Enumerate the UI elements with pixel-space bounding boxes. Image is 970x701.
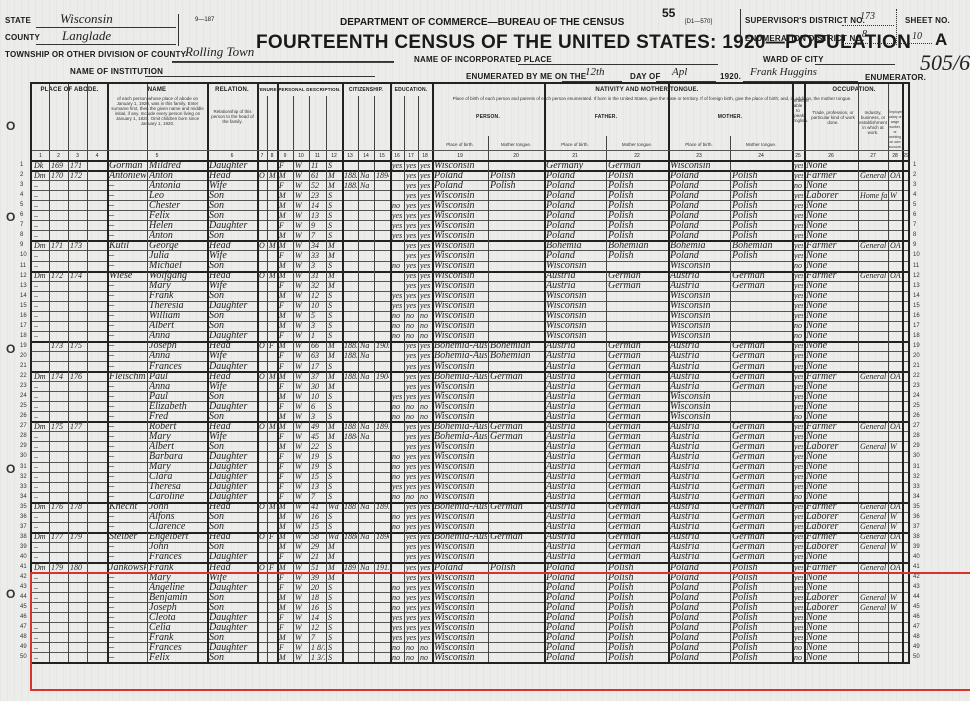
line-number: 11 (20, 263, 26, 269)
county-value: Langlade (62, 28, 111, 44)
mother-tongue-cell: Bohemian (490, 350, 543, 361)
naturalized-cell: Na (360, 531, 373, 542)
line-number-right: 38 (913, 534, 920, 540)
industry-cell: General farm (860, 270, 887, 281)
line-number: 34 (20, 494, 27, 500)
school-cell: no (392, 491, 403, 502)
person-birthplace-heading: Place of birth. (432, 142, 488, 147)
home-owned-cell: O (259, 340, 266, 351)
line-number: 2 (20, 172, 23, 178)
subgroup-mother: MOTHER. (668, 114, 792, 120)
line-number: 42 (20, 574, 27, 580)
naturalized-cell: Na (360, 431, 373, 442)
line-number: 19 (20, 343, 27, 349)
home-owned-cell: O (259, 240, 266, 251)
line-number: 44 (20, 594, 27, 600)
margin-hole-mark: O (6, 119, 15, 133)
column-number: 10 (293, 153, 309, 159)
header-divider (32, 160, 908, 162)
employer-class-cell: W (890, 541, 901, 552)
column-number: 12 (326, 153, 342, 159)
line-number: 43 (20, 584, 27, 590)
naturalized-cell: Na (360, 371, 373, 382)
immigration-year-cell: 1884 (344, 431, 357, 442)
immigration-year-cell: 1883 (344, 180, 357, 191)
column-number: 24 (730, 153, 792, 159)
margin-hole-mark: O (6, 342, 15, 356)
dwelling-number-cell: 170 (51, 170, 67, 181)
line-number: 41 (20, 564, 27, 570)
line-number: 40 (20, 554, 27, 560)
home-owned-cell: O (259, 562, 266, 573)
mother-tongue-cell: Polish (490, 180, 543, 191)
name-instructions: of each person whose place of abode on J… (110, 96, 205, 126)
column-number: 7 (257, 153, 267, 159)
mother-tongue-cell: German (490, 531, 543, 542)
line-number-right: 26 (913, 413, 920, 419)
column-number: 4 (87, 153, 107, 159)
line-number: 29 (20, 443, 27, 449)
line-number-right: 9 (913, 242, 916, 248)
dwelling-number-cell: 171 (51, 240, 67, 251)
naturalization-year-cell: 1905 (376, 340, 389, 351)
line-number-right: 30 (913, 453, 920, 459)
column-number: 22 (606, 153, 668, 159)
header-divider (32, 150, 908, 151)
dwelling-number-cell: 175 (51, 421, 67, 432)
column-number: 26 (804, 153, 858, 159)
mortgage-cell: M (269, 371, 276, 382)
enumerated-day: 12th (585, 66, 605, 78)
state-value: Wisconsin (60, 11, 113, 27)
enumerated-month: Apl (672, 66, 687, 78)
line-number-right: 37 (913, 524, 920, 530)
line-number-right: 39 (913, 544, 920, 550)
group-personal-description: PERSONAL DESCRIPTION. (277, 87, 342, 92)
line-number-right: 41 (913, 564, 920, 570)
naturalization-year-cell: 1896 (376, 531, 389, 542)
line-number-right: 18 (913, 333, 920, 339)
line-number-right: 6 (913, 212, 916, 218)
employer-class-cell: W (890, 441, 901, 452)
line-number-right: 29 (913, 443, 920, 449)
naturalization-year-cell: 1893 (376, 421, 389, 432)
mother-tongue-heading: Mother tongue. (730, 142, 792, 147)
line-number-right: 10 (913, 252, 920, 258)
line-number-right: 2 (913, 172, 916, 178)
line-number-right: 4 (913, 192, 916, 198)
group-place-of-abode: PLACE OF ABODE. (32, 87, 107, 93)
line-number-right: 15 (913, 303, 920, 309)
immigration-year-cell: 1883 (344, 371, 357, 382)
immigration-year-cell: 1881 (344, 501, 357, 512)
home-owned-cell: O (259, 270, 266, 281)
column-number: 21 (544, 153, 606, 159)
sheet-label: SHEET NO. (905, 16, 950, 25)
line-number-right: 23 (913, 383, 920, 389)
column-number: 18 (418, 153, 432, 159)
family-number-cell: 173 (70, 240, 86, 251)
dwelling-number-cell: 173 (51, 340, 67, 351)
line-number: 5 (20, 202, 23, 208)
father-tongue-cell: Polish (608, 250, 667, 261)
line-number: 49 (20, 644, 27, 650)
dwelling-number-cell: 176 (51, 501, 67, 512)
column-number: 25 (792, 153, 804, 159)
line-number-right: 24 (913, 393, 920, 399)
industry-cell: Home farm (860, 190, 887, 201)
dwelling-number-cell: 174 (51, 371, 67, 382)
home-owned-cell: O (259, 421, 266, 432)
mortgage-cell: M (269, 421, 276, 432)
industry-cell: General farm (860, 541, 887, 552)
line-number: 37 (20, 524, 27, 530)
line-number: 3 (20, 182, 23, 188)
column-number: 14 (358, 153, 374, 159)
father-birthplace-heading: Place of birth. (544, 142, 606, 147)
line-number: 8 (20, 232, 23, 238)
mother-tongue-cell: German (490, 431, 543, 442)
occupation-industry-heading: Industry, business, or establishment in … (858, 110, 888, 135)
column-number: 16 (390, 153, 404, 159)
industry-cell: General farm (860, 240, 887, 251)
line-number: 9 (20, 242, 23, 248)
column-number: 19 (432, 153, 488, 159)
school-cell: no (392, 260, 403, 271)
employer-class-cell: OA (890, 170, 901, 181)
column-number: 27 (858, 153, 888, 159)
line-number: 26 (20, 413, 27, 419)
enumerator-name: Frank Huggins (750, 66, 817, 78)
highlight-box (30, 572, 970, 691)
column-number: 13 (342, 153, 358, 159)
dwelling-number-cell: 172 (51, 270, 67, 281)
line-number: 13 (20, 283, 27, 289)
column-number: 3 (68, 153, 87, 159)
naturalized-cell: Na (360, 180, 373, 191)
line-number-right: 3 (913, 182, 916, 188)
employer-class-cell: W (890, 190, 901, 201)
line-number-right: 17 (913, 323, 920, 329)
subgroup-father: FATHER. (544, 114, 668, 120)
line-number-right: 14 (913, 293, 920, 299)
line-number-right: 13 (913, 283, 920, 289)
line-number-right: 20 (913, 353, 920, 359)
line-number-right: 28 (913, 433, 920, 439)
sheet-side: A (935, 30, 947, 50)
mortgage-cell: F (269, 562, 276, 573)
column-number: 1 (32, 153, 49, 159)
line-number: 46 (20, 614, 27, 620)
group-education: EDUCATION. (390, 87, 432, 93)
line-number-right: 40 (913, 554, 920, 560)
family-number-cell: 174 (70, 270, 86, 281)
line-number-right: 11 (913, 263, 919, 269)
family-number-cell: 172 (70, 170, 86, 181)
enumeration-district-value: 8 (862, 29, 867, 40)
family-number-cell: 180 (70, 562, 86, 573)
line-number: 4 (20, 192, 23, 198)
supervisor-value: 173 (860, 11, 875, 22)
industry-cell: General farm (860, 562, 887, 573)
line-number-right: 21 (913, 363, 920, 369)
township-value: Rolling Town (185, 44, 254, 60)
line-number: 45 (20, 604, 27, 610)
occupation-trade-heading: Trade, profession, or particular kind of… (808, 110, 858, 125)
line-number: 23 (20, 383, 27, 389)
employer-class-cell: OA (890, 371, 901, 382)
industry-cell: General farm (860, 421, 887, 432)
mortgage-cell: F (269, 340, 276, 351)
line-number: 31 (20, 464, 27, 470)
year-label: 1920. (720, 72, 741, 81)
line-number: 36 (20, 514, 27, 520)
sheet-value: 10 (912, 31, 922, 42)
line-number: 16 (20, 313, 27, 319)
line-number: 6 (20, 212, 23, 218)
line-number: 48 (20, 634, 27, 640)
line-number: 1 (20, 162, 23, 168)
family-number-cell: 179 (70, 531, 86, 542)
line-number-right: 33 (913, 484, 920, 490)
mother-tongue-mother-cell: German (732, 381, 791, 392)
line-number-right: 8 (913, 232, 916, 238)
school-cell: no (392, 521, 403, 532)
column-number: 20 (488, 153, 544, 159)
employer-class-cell: OA (890, 421, 901, 432)
immigration-year-cell: 1880 (344, 531, 357, 542)
column-number: 9 (277, 153, 293, 159)
column-number: 11 (309, 153, 326, 159)
form-code-right: [D1—570] (685, 19, 712, 25)
column-number: 5 (107, 153, 207, 159)
industry-cell: General farm (860, 441, 887, 452)
line-number-right: 31 (913, 464, 920, 470)
relation-instructions: Relationship of this person to the head … (210, 109, 255, 124)
naturalized-cell: Na (360, 350, 373, 361)
line-number-right: 16 (913, 313, 920, 319)
line-number-right: 19 (913, 343, 920, 349)
industry-cell: General farm (860, 371, 887, 382)
school-cell: yes (392, 230, 403, 241)
school-cell: no (392, 411, 403, 422)
column-number: 28 (888, 153, 902, 159)
naturalization-year-cell: 1894 (376, 170, 389, 181)
mother-tongue-cell: German (490, 501, 543, 512)
dwelling-number-cell: 179 (51, 562, 67, 573)
line-number-right: 25 (913, 403, 920, 409)
township-label: TOWNSHIP OR OTHER DIVISION OF COUNTY (5, 50, 186, 59)
group-citizenship: CITIZENSHIP. (342, 87, 390, 93)
column-number: 23 (668, 153, 730, 159)
mother-tongue-mother-cell: German (732, 280, 791, 291)
line-number: 24 (20, 393, 27, 399)
family-number-cell: 177 (70, 421, 86, 432)
department-heading: DEPARTMENT OF COMMERCE—BUREAU OF THE CEN… (340, 17, 624, 28)
census-sheet: STATE Wisconsin COUNTY Langlade TOWNSHIP… (0, 0, 970, 701)
line-number: 50 (20, 654, 27, 660)
line-number: 47 (20, 624, 27, 630)
group-nativity: NATIVITY AND MOTHER TONGUE. (432, 87, 862, 93)
margin-hole-mark: O (6, 462, 15, 476)
line-number: 21 (20, 363, 27, 369)
family-number-cell: 178 (70, 501, 86, 512)
line-number: 30 (20, 453, 27, 459)
line-number-right: 34 (913, 494, 920, 500)
line-number-right: 35 (913, 504, 920, 510)
line-number-right: 5 (913, 202, 916, 208)
page-number: 55 (662, 6, 675, 20)
family-number-cell: 175 (70, 340, 86, 351)
group-tenure: TENURE. (257, 87, 277, 92)
father-tongue-heading: Mother tongue. (606, 142, 668, 147)
line-number: 14 (20, 293, 27, 299)
home-owned-cell: O (259, 531, 266, 542)
naturalization-year-cell: 1904 (376, 371, 389, 382)
mother-birthplace-heading: Place of birth. (668, 142, 730, 147)
employer-class-cell: OA (890, 240, 901, 251)
group-relation: RELATION. (207, 87, 257, 93)
line-number-right: 12 (913, 273, 920, 279)
line-number-right: 7 (913, 222, 916, 228)
line-number: 10 (20, 252, 27, 258)
home-owned-cell: O (259, 170, 266, 181)
home-owned-cell: O (259, 501, 266, 512)
county-label: COUNTY (5, 33, 40, 42)
line-number: 20 (20, 353, 27, 359)
enumerator-label: ENUMERATOR. (865, 73, 926, 82)
line-number: 17 (20, 323, 27, 329)
naturalized-cell: Na (360, 562, 373, 573)
line-number: 15 (20, 303, 27, 309)
line-number-right: 32 (913, 474, 920, 480)
naturalization-year-cell: 1893 (376, 501, 389, 512)
dwelling-number-cell: 177 (51, 531, 67, 542)
employer-class-cell: OA (890, 562, 901, 573)
mother-tongue-cell: German (490, 371, 543, 382)
column-number: 29 (902, 153, 910, 159)
line-number: 18 (20, 333, 27, 339)
mortgage-cell: M (269, 170, 276, 181)
state-label: STATE (5, 16, 31, 25)
employer-class-cell: OA (890, 270, 901, 281)
mortgage-cell: F (269, 531, 276, 542)
immigration-year-cell: 1883 (344, 350, 357, 361)
person-tongue-heading: Mother tongue. (488, 142, 544, 147)
margin-hole-mark: O (6, 587, 15, 601)
mortgage-cell: M (269, 501, 276, 512)
mother-tongue-mother-cell: Polish (732, 250, 791, 261)
line-number: 25 (20, 403, 27, 409)
group-occupation: OCCUPATION. (804, 87, 904, 93)
street-cell: – (34, 330, 48, 341)
occupation-employer-heading: Employer, salary or wage worker, or work… (888, 110, 902, 150)
line-number: 22 (20, 373, 27, 379)
mother-tongue-cell: Polish (490, 562, 543, 573)
column-number: 8 (267, 153, 277, 159)
margin-reference: 505/661 (920, 50, 970, 76)
column-number: 6 (207, 153, 257, 159)
group-name: NAME (107, 87, 207, 93)
line-number: 12 (20, 273, 27, 279)
family-number-cell: 176 (70, 371, 86, 382)
form-code-left: 9—187 (195, 17, 214, 23)
naturalized-cell: Na (360, 501, 373, 512)
father-tongue-cell: German (608, 280, 667, 291)
line-number-right: 27 (913, 423, 920, 429)
school-cell: no (392, 330, 403, 341)
line-number: 7 (20, 222, 23, 228)
naturalization-year-cell: 1913 (376, 562, 389, 573)
line-number: 33 (20, 484, 27, 490)
line-number: 32 (20, 474, 27, 480)
line-number: 35 (20, 504, 27, 510)
line-number: 38 (20, 534, 27, 540)
line-number: 28 (20, 433, 27, 439)
margin-hole-mark: O (6, 210, 15, 224)
industry-cell: General farm (860, 170, 887, 181)
home-owned-cell: O (259, 371, 266, 382)
line-number: 27 (20, 423, 27, 429)
line-number-right: 36 (913, 514, 920, 520)
line-number-right: 1 (913, 162, 916, 168)
mortgage-cell: M (269, 240, 276, 251)
column-number: 15 (374, 153, 390, 159)
column-number: 17 (404, 153, 418, 159)
line-number: 39 (20, 544, 27, 550)
immigration-year-cell: 1891 (344, 562, 357, 573)
line-number-right: 22 (913, 373, 920, 379)
subgroup-person: PERSON. (432, 114, 544, 120)
mortgage-cell: M (269, 270, 276, 281)
column-number: 2 (49, 153, 68, 159)
